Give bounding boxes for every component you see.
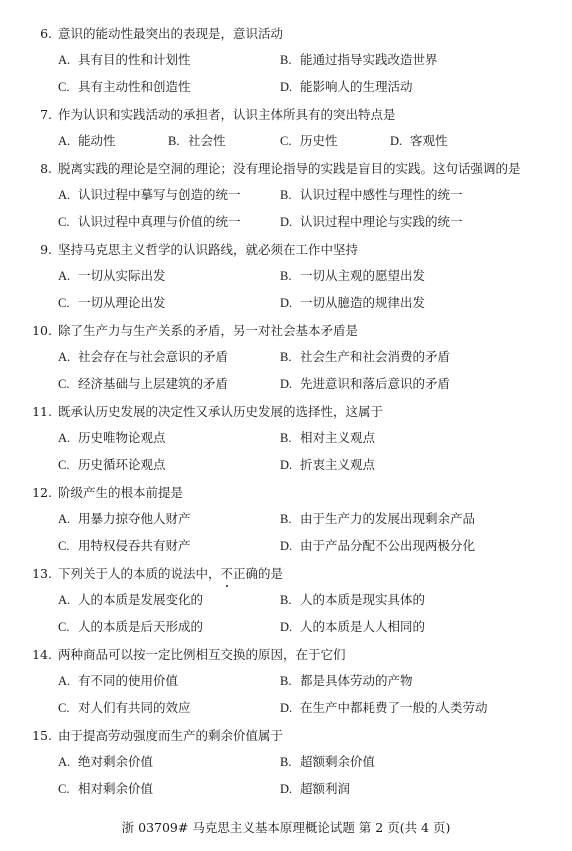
option-text: 历史循环论观点 [78,455,166,475]
option-text: 有不同的使用价值 [78,671,178,691]
option-d: D.能影响人的生理活动 [280,77,413,97]
option-d: D.由于产品分配不公出现两极分化 [280,536,475,556]
option-b: B.社会生产和社会消费的矛盾 [280,347,450,367]
option-d: D.人的本质是人人相同的 [280,617,425,637]
option-text: 社会存在与社会意识的矛盾 [78,347,228,367]
option-letter: B. [280,671,300,691]
option-text: 在生产中都耗费了一般的人类劳动 [300,698,488,718]
option-text: 人的本质是人人相同的 [300,617,425,637]
option-text: 人的本质是发展变化的 [78,590,203,610]
question-text: 坚持马克思主义哲学的认识路线，就必须在工作中坚持 [58,240,358,260]
option-letter: A. [58,347,78,367]
option-a: A.能动性 [58,131,116,151]
question-text: 作为认识和实践活动的承担者，认识主体所具有的突出特点是 [58,105,396,125]
option-letter: C. [280,131,300,151]
option-letter: C. [58,455,78,475]
option-text: 先进意识和落后意识的矛盾 [300,374,450,394]
option-letter: D. [280,536,300,556]
option-text: 由于生产力的发展出现剩余产品 [300,509,475,529]
option-c: C.历史性 [280,131,338,151]
option-c: C.历史循环论观点 [58,455,166,475]
option-letter: D. [280,455,300,475]
option-letter: D. [280,293,300,313]
option-c: C.经济基础与上层建筑的矛盾 [58,374,228,394]
option-text: 人的本质是现实具体的 [300,590,425,610]
option-letter: A. [58,185,78,205]
option-b: B.认识过程中感性与理性的统一 [280,185,463,205]
option-letter: B. [280,428,300,448]
question-number: 7. [0,105,52,125]
option-b: B.都是具体劳动的产物 [280,671,413,691]
option-letter: C. [58,293,78,313]
question-number: 12. [0,483,52,503]
question-text: 阶级产生的根本前提是 [58,483,183,503]
question-number: 15. [0,726,52,746]
option-letter: B. [280,752,300,772]
option-text: 具有目的性和计划性 [78,50,191,70]
question-text: 下列关于人的本质的说法中，不正确的是 [58,564,283,584]
option-text: 能影响人的生理活动 [300,77,413,97]
option-text: 认识过程中摹写与创造的统一 [78,185,241,205]
question-number: 9. [0,240,52,260]
question-text: 脱离实践的理论是空洞的理论；没有理论指导的实践是盲目的实践。这句话强调的是 [58,159,521,179]
option-letter: B. [280,590,300,610]
option-text: 认识过程中理论与实践的统一 [300,212,463,232]
option-text: 历史性 [300,131,338,151]
option-a: A.认识过程中摹写与创造的统一 [58,185,241,205]
option-letter: D. [390,131,410,151]
option-letter: D. [280,374,300,394]
option-letter: D. [280,77,300,97]
option-letter: A. [58,266,78,286]
option-letter: B. [168,131,188,151]
option-c: C.人的本质是后天形成的 [58,617,203,637]
option-d: D.认识过程中理论与实践的统一 [280,212,463,232]
option-text: 人的本质是后天形成的 [78,617,203,637]
option-c: C.认识过程中真理与价值的统一 [58,212,241,232]
option-d: D.客观性 [390,131,448,151]
option-b: B.社会性 [168,131,226,151]
option-text: 绝对剩余价值 [78,752,153,772]
exam-page: 6. 意识的能动性最突出的表现是，意识活动 A.具有目的性和计划性 B.能通过指… [0,0,572,851]
option-d: D.先进意识和落后意识的矛盾 [280,374,450,394]
option-c: C.一切从理论出发 [58,293,166,313]
question-number: 8. [0,159,52,179]
option-text: 相对主义观点 [300,428,375,448]
option-a: A.用暴力掠夺他人财产 [58,509,191,529]
option-text: 历史唯物论观点 [78,428,166,448]
option-text: 超额剩余价值 [300,752,375,772]
question-text: 由于提高劳动强度而生产的剩余价值属于 [58,726,283,746]
option-c: C.对人们有共同的效应 [58,698,191,718]
question-text: 既承认历史发展的决定性又承认历史发展的选择性，这属于 [58,402,383,422]
question-number: 11. [0,402,52,422]
option-text: 社会性 [188,131,226,151]
option-text: 一切从实际出发 [78,266,166,286]
option-text: 用暴力掠夺他人财产 [78,509,191,529]
question-text: 除了生产力与生产关系的矛盾，另一对社会基本矛盾是 [58,321,358,341]
option-letter: D. [280,779,300,799]
option-a: A.一切从实际出发 [58,266,166,286]
option-text: 经济基础与上层建筑的矛盾 [78,374,228,394]
option-letter: B. [280,266,300,286]
question-number: 6. [0,24,52,44]
option-letter: A. [58,752,78,772]
question-number: 10. [0,321,52,341]
option-d: D.超额利润 [280,779,350,799]
option-text: 折衷主义观点 [300,455,375,475]
option-text: 能通过指导实践改造世界 [300,50,438,70]
option-letter: C. [58,779,78,799]
option-text: 客观性 [410,131,448,151]
option-letter: C. [58,212,78,232]
option-c: C.具有主动性和创造性 [58,77,191,97]
option-text: 认识过程中真理与价值的统一 [78,212,241,232]
question-text: 意识的能动性最突出的表现是，意识活动 [58,24,283,44]
option-letter: B. [280,347,300,367]
question-number: 13. [0,564,52,584]
option-letter: B. [280,185,300,205]
question-text: 两种商品可以按一定比例相互交换的原因，在于它们 [58,645,346,665]
option-text: 一切从主观的愿望出发 [300,266,425,286]
question-text-before: 下列关于人的本质的说法中， [58,566,221,581]
option-a: A.有不同的使用价值 [58,671,178,691]
option-b: B.能通过指导实践改造世界 [280,50,438,70]
option-b: B.人的本质是现实具体的 [280,590,425,610]
option-text: 用特权侵吞共有财产 [78,536,191,556]
option-text: 相对剩余价值 [78,779,153,799]
option-letter: D. [280,212,300,232]
option-c: C.相对剩余价值 [58,779,153,799]
option-letter: A. [58,590,78,610]
option-letter: C. [58,374,78,394]
option-b: B.超额剩余价值 [280,752,375,772]
option-d: D.一切从臆造的规律出发 [280,293,425,313]
option-b: B.相对主义观点 [280,428,375,448]
emphasis-marked-char: 不 [221,564,234,584]
option-a: A.人的本质是发展变化的 [58,590,203,610]
option-d: D.在生产中都耗费了一般的人类劳动 [280,698,488,718]
option-text: 都是具体劳动的产物 [300,671,413,691]
option-a: A.具有目的性和计划性 [58,50,191,70]
option-c: C.用特权侵吞共有财产 [58,536,191,556]
option-a: A.历史唯物论观点 [58,428,166,448]
option-letter: C. [58,536,78,556]
option-a: A.绝对剩余价值 [58,752,153,772]
page-footer: 浙 03709# 马克思主义基本原理概论试题 第 2 页(共 4 页) [0,818,572,838]
option-text: 认识过程中感性与理性的统一 [300,185,463,205]
option-letter: A. [58,428,78,448]
option-letter: B. [280,50,300,70]
option-text: 能动性 [78,131,116,151]
option-letter: A. [58,671,78,691]
option-letter: C. [58,77,78,97]
question-text-after: 正确的是 [233,566,283,581]
option-text: 一切从臆造的规律出发 [300,293,425,313]
option-a: A.社会存在与社会意识的矛盾 [58,347,228,367]
option-text: 超额利润 [300,779,350,799]
option-d: D.折衷主义观点 [280,455,375,475]
option-b: B.由于生产力的发展出现剩余产品 [280,509,475,529]
option-text: 一切从理论出发 [78,293,166,313]
option-text: 由于产品分配不公出现两极分化 [300,536,475,556]
option-text: 对人们有共同的效应 [78,698,191,718]
option-text: 社会生产和社会消费的矛盾 [300,347,450,367]
question-number: 14. [0,645,52,665]
option-b: B.一切从主观的愿望出发 [280,266,425,286]
option-letter: B. [280,509,300,529]
option-text: 具有主动性和创造性 [78,77,191,97]
option-letter: A. [58,509,78,529]
option-letter: C. [58,698,78,718]
option-letter: A. [58,131,78,151]
option-letter: D. [280,698,300,718]
option-letter: D. [280,617,300,637]
option-letter: C. [58,617,78,637]
option-letter: A. [58,50,78,70]
